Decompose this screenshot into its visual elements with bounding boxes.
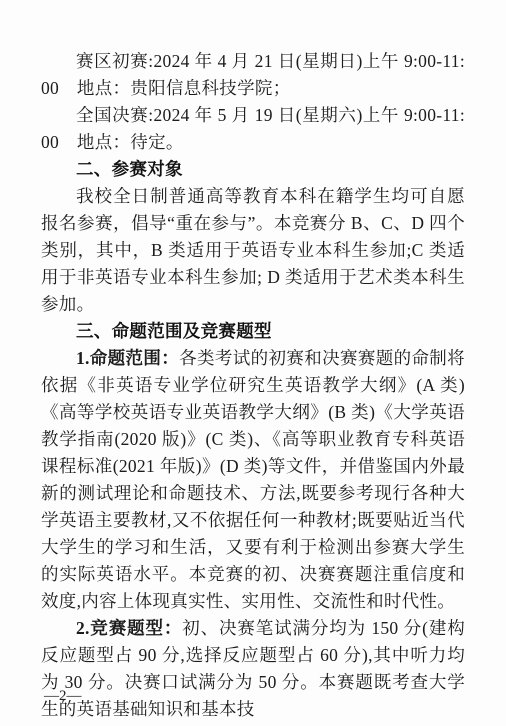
document-body: 赛区初赛:2024 年 4 月 21 日(星期日)上午 9:00-11:00 地…	[41, 48, 465, 723]
paragraph-participants: 我校全日制普通高等教育本科在籍学生均可自愿报名参赛，倡导“重在参与”。本竞赛分 …	[41, 183, 465, 318]
document-page: 赛区初赛:2024 年 4 月 21 日(星期日)上午 9:00-11:00 地…	[0, 0, 506, 726]
paragraph-question-types: 2.竞赛题型：初、决赛笔试满分均为 150 分(建构反应题型占 90 分,选择反…	[41, 615, 465, 723]
paragraph-preliminary-round: 赛区初赛:2024 年 4 月 21 日(星期日)上午 9:00-11:00 地…	[41, 48, 465, 102]
paragraph-question-scope-lead: 1.命题范围：	[76, 348, 179, 368]
paragraph-question-types-lead: 2.竞赛题型：	[76, 618, 182, 638]
section-heading-scope-and-types: 三、命题范围及竞赛题型	[41, 318, 465, 345]
page-number: —2—	[44, 689, 82, 704]
paragraph-question-scope: 1.命题范围：各类考试的初赛和决赛赛题的命制将依据《非英语专业学位研究生英语教学…	[41, 345, 465, 615]
paragraph-question-scope-text: 各类考试的初赛和决赛赛题的命制将依据《非英语专业学位研究生英语教学大纲》(A 类…	[41, 348, 465, 611]
paragraph-final-round: 全国决赛:2024 年 5 月 19 日(星期六)上午 9:00-11:00 地…	[41, 102, 465, 156]
section-heading-participants: 二、参赛对象	[41, 156, 465, 183]
